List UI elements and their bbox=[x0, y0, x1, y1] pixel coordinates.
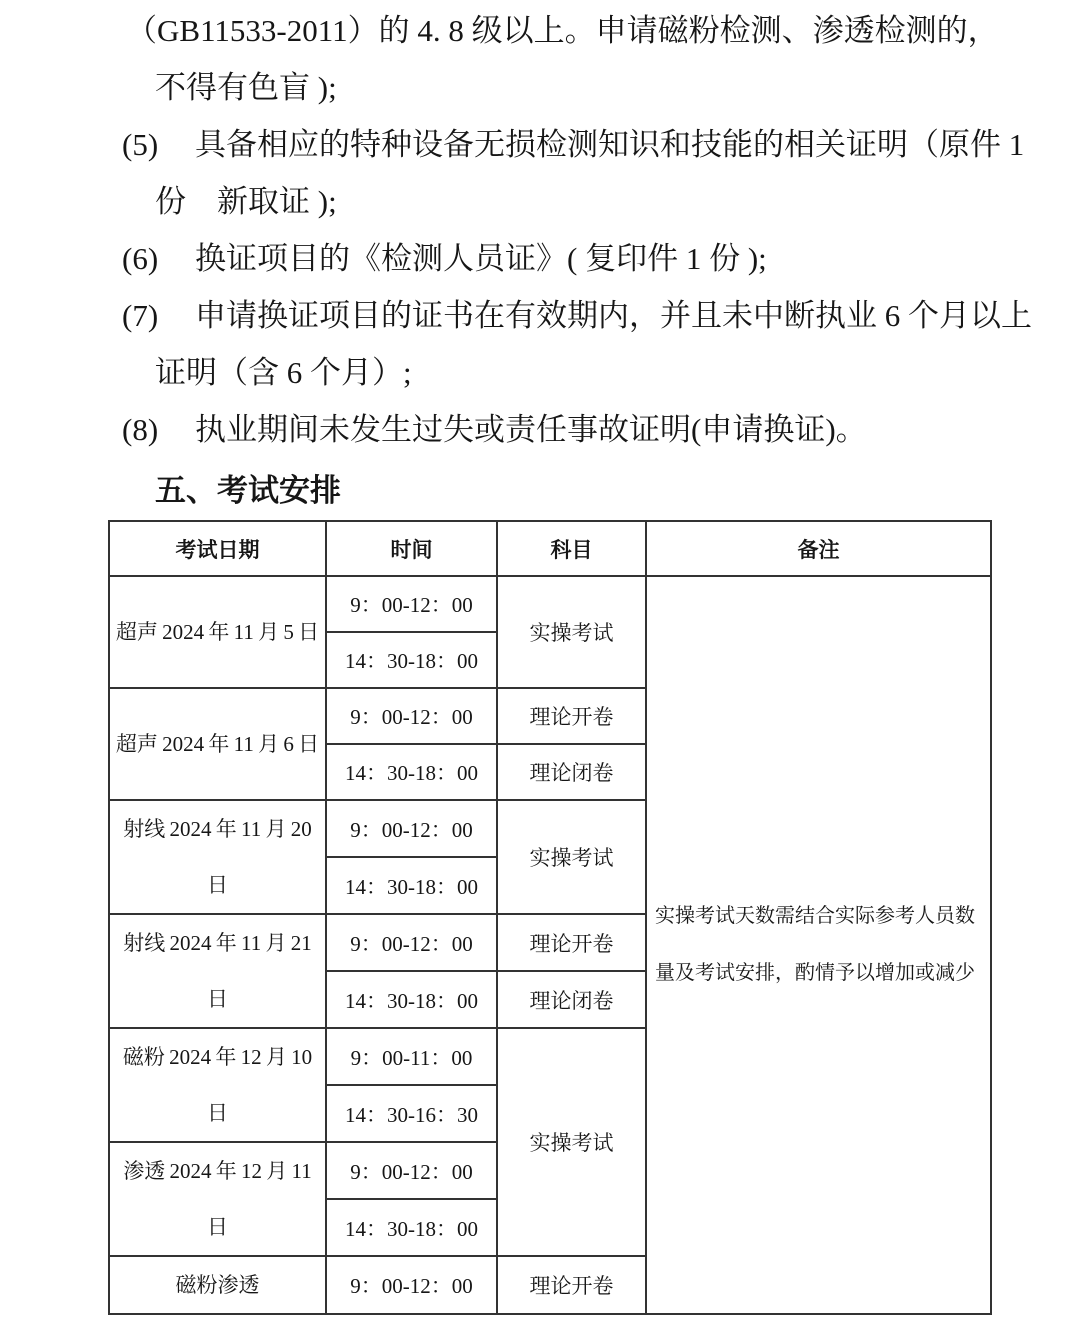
date-cell: 磁粉渗透 bbox=[109, 1256, 326, 1314]
body-line: (5)具备相应的特种设备无损检测知识和技能的相关证明（原件 1 bbox=[0, 116, 1088, 173]
document-body: （GB11533-2011）的 4. 8 级以上。申请磁粉检测、渗透检测的， 不… bbox=[0, 2, 1088, 458]
exam-schedule-table: 考试日期 时间 科目 备注 超声 2024 年 11 月 5 日 9：00-12… bbox=[108, 520, 992, 1315]
subject-cell: 理论开卷 bbox=[497, 688, 646, 744]
time-cell: 9：00-12：00 bbox=[326, 1142, 497, 1199]
document-page: （GB11533-2011）的 4. 8 级以上。申请磁粉检测、渗透检测的， 不… bbox=[0, 0, 1088, 1329]
item-number: (8) bbox=[122, 401, 195, 458]
subject-cell: 实操考试 bbox=[497, 576, 646, 688]
body-line: 证明（含 6 个月）; bbox=[0, 344, 1088, 401]
time-cell: 9：00-12：00 bbox=[326, 800, 497, 857]
date-cell: 超声 2024 年 11 月 6 日 bbox=[109, 688, 326, 800]
item-number: (5) bbox=[122, 116, 195, 173]
time-cell: 9：00-12：00 bbox=[326, 914, 497, 971]
item-number: (7) bbox=[122, 287, 195, 344]
body-line: (7)申请换证项目的证书在有效期内，并且未中断执业 6 个月以上 bbox=[0, 287, 1088, 344]
date-cell: 磁粉 2024 年 12 月 10 日 bbox=[109, 1028, 326, 1142]
time-cell: 9：00-12：00 bbox=[326, 576, 497, 632]
time-cell: 14：30-16：30 bbox=[326, 1085, 497, 1142]
time-cell: 14：30-18：00 bbox=[326, 744, 497, 800]
subject-cell: 实操考试 bbox=[497, 1028, 646, 1256]
time-cell: 14：30-18：00 bbox=[326, 971, 497, 1028]
body-line: (8)执业期间未发生过失或责任事故证明(申请换证)。 bbox=[0, 401, 1088, 458]
date-cell: 射线 2024 年 11 月 21 日 bbox=[109, 914, 326, 1028]
subject-cell: 实操考试 bbox=[497, 800, 646, 914]
date-cell: 渗透 2024 年 12 月 11 日 bbox=[109, 1142, 326, 1256]
time-cell: 9：00-12：00 bbox=[326, 1256, 497, 1314]
date-cell: 超声 2024 年 11 月 5 日 bbox=[109, 576, 326, 688]
body-line: 份 新取证 ); bbox=[0, 173, 1088, 230]
subject-cell: 理论闭卷 bbox=[497, 971, 646, 1028]
col-header-subject: 科目 bbox=[497, 521, 646, 576]
body-line: （GB11533-2011）的 4. 8 级以上。申请磁粉检测、渗透检测的， bbox=[0, 2, 1088, 59]
item-text: 申请换证项目的证书在有效期内，并且未中断执业 6 个月以上 bbox=[195, 298, 1032, 333]
table-row: 超声 2024 年 11 月 5 日 9：00-12：00 实操考试 实操考试天… bbox=[109, 576, 991, 632]
time-cell: 14：30-18：00 bbox=[326, 632, 497, 688]
col-header-remark: 备注 bbox=[646, 521, 991, 576]
item-number: (6) bbox=[122, 230, 195, 287]
col-header-time: 时间 bbox=[326, 521, 497, 576]
time-cell: 9：00-11：00 bbox=[326, 1028, 497, 1085]
item-text: 执业期间未发生过失或责任事故证明(申请换证)。 bbox=[195, 412, 867, 447]
subject-cell: 理论开卷 bbox=[497, 914, 646, 971]
remark-cell: 实操考试天数需结合实际参考人员数 量及考试安排，酌情予以增加或减少 bbox=[646, 576, 991, 1314]
time-cell: 9：00-12：00 bbox=[326, 688, 497, 744]
subject-cell: 理论开卷 bbox=[497, 1256, 646, 1314]
table-header-row: 考试日期 时间 科目 备注 bbox=[109, 521, 991, 576]
col-header-exam-date: 考试日期 bbox=[109, 521, 326, 576]
time-cell: 14：30-18：00 bbox=[326, 857, 497, 914]
body-line: (6)换证项目的《检测人员证》( 复印件 1 份 ); bbox=[0, 230, 1088, 287]
subject-cell: 理论闭卷 bbox=[497, 744, 646, 800]
date-cell: 射线 2024 年 11 月 20 日 bbox=[109, 800, 326, 914]
item-text: 换证项目的《检测人员证》( 复印件 1 份 ); bbox=[195, 241, 767, 276]
body-line: 不得有色盲 ); bbox=[0, 59, 1088, 116]
section-heading: 五、考试安排 bbox=[155, 462, 341, 519]
time-cell: 14：30-18：00 bbox=[326, 1199, 497, 1256]
item-text: 具备相应的特种设备无损检测知识和技能的相关证明（原件 1 bbox=[195, 127, 1024, 162]
